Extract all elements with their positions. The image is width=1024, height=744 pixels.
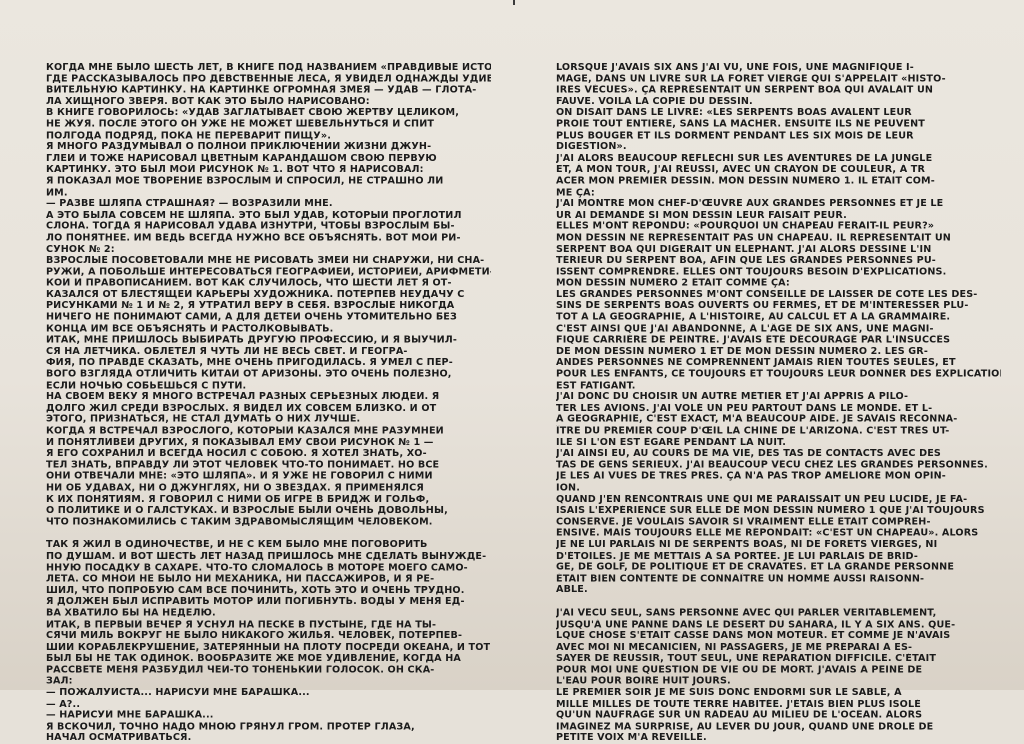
text-line: a géographie, c'est exact, m'a beaucoup …: [556, 414, 1001, 425]
text-line: ся на лётчика. Облетел я чуть ли не весь…: [46, 346, 491, 357]
text-line: был бы не так одинок. Вообразите же моё …: [46, 653, 491, 664]
text-line: d'étoiles. Je me mettais à sa portée. Je…: [556, 551, 1001, 562]
paragraph: Lorsque j'avais six ans j'ai vu, une foi…: [556, 62, 1001, 596]
paragraph: J'ai vécu seul, sans personne avec qui p…: [556, 608, 1001, 690]
text-line: acer mon premier dessin. Mon dessin numé…: [556, 176, 1001, 187]
text-line: C'est ainsi que j'ai abandonné, à l'âge …: [556, 323, 1001, 334]
text-line: вительную картинку. На картинке огромная…: [46, 85, 491, 96]
text-line: ла хищного зверя. Вот как это было нарис…: [46, 96, 491, 107]
text-line: Когда мне было шесть лет, в книге под на…: [46, 62, 491, 73]
text-line: digestion».: [556, 142, 1001, 153]
text-line: ший кораблекрушение, затерянный на плоту…: [46, 642, 491, 653]
text-line: ur ai demandé si mon dessin leur faisait…: [556, 210, 1001, 221]
text-line: jusqu'à une panne dans le désert du Saha…: [556, 619, 1001, 630]
text-line: ter les avions. J'ai volé un peu partout…: [556, 403, 1001, 414]
text-line: по душам. И вот шесть лет назад пришлось…: [46, 551, 491, 562]
text-line: ile si l'on est égaré pendant la nuit.: [556, 437, 1001, 448]
text-line: что познакомились с таким здравомыслящим…: [46, 516, 491, 527]
text-line: о политике и о галстуках. И взрослые был…: [46, 505, 491, 516]
paragraph: Так я жил в одиночестве, и не с кем было…: [46, 540, 491, 690]
text-line: ло понятнее. Им ведь всегда нужно всё об…: [46, 232, 491, 243]
text-line: тел знать, вправду ли этот человек что-т…: [46, 460, 491, 471]
text-line: Итак, мне пришлось выбирать другую профе…: [46, 335, 491, 346]
text-line: глей и тоже нарисовал цветным карандашом…: [46, 153, 491, 164]
text-line: et, à mon tour, j'ai réussi, avec un cra…: [556, 164, 1001, 175]
text-line: tôt à la géographie, à l'histoire, au ca…: [556, 312, 1001, 323]
text-line: pour moi une question de vie ou de mort.…: [556, 665, 1001, 676]
right-page: Lorsque j'avais six ans j'ai vu, une foi…: [556, 62, 1001, 690]
text-line: térieur du serpent boa, afin que les gra…: [556, 255, 1001, 266]
text-line: avec moi ni mécanicien, ni passagers, je…: [556, 642, 1001, 653]
text-line: Mon dessin numéro 2 était comme ça:: [556, 278, 1001, 289]
text-line: mage, dans un livre sur la Forêt Vierge …: [556, 73, 1001, 84]
text-line: Quand j'en rencontrais une qui me parais…: [556, 494, 1001, 505]
text-line: ensive. Mais toujours elle me répondait:…: [556, 528, 1001, 539]
text-line: Взрослые посоветовали мне не рисовать зм…: [46, 255, 491, 266]
text-line: я его сохранил и всегда носил с собою. Я…: [46, 448, 491, 459]
text-line: кой и правописанием. Вот как случилось, …: [46, 278, 491, 289]
text-line: рисунками № 1 и № 2, я утратил веру в се…: [46, 301, 491, 312]
text-line: je ne lui parlais ni de serpents boas, n…: [556, 539, 1001, 550]
text-line: Les grandes personnes m'ont conseillé de…: [556, 289, 1001, 300]
text-line: Mon dessin ne représentait pas un chapea…: [556, 232, 1001, 243]
text-line: сунок № 2:: [46, 244, 491, 255]
text-line: слона. Тогда я нарисовал удава изнутри, …: [46, 221, 491, 232]
text-line: able.: [556, 585, 1001, 596]
text-line: pour les enfants, ce toujours et toujour…: [556, 369, 1001, 380]
text-line: шил, что попробую сам всё починить, хоть…: [46, 585, 491, 596]
text-line: ничего не понимают сами, а для детей оче…: [46, 312, 491, 323]
text-line: где рассказывалось про девственные леса,…: [46, 73, 491, 84]
text-line: est fatigant.: [556, 380, 1001, 391]
text-line: l'eau pour boire huit jours.: [556, 676, 1001, 687]
text-line: долго жил среди взрослых. Я видел их сов…: [46, 403, 491, 414]
text-line: sins de serpents boas ouverts ou fermés,…: [556, 301, 1001, 312]
text-line: On disait dans le livre: «Les serpents b…: [556, 107, 1001, 118]
text-line: сячи миль вокруг не было никакого жилья.…: [46, 630, 491, 641]
text-line: лёта. Со мной не было ни механика, ни па…: [46, 574, 491, 585]
text-line: ружи, а побольше интересоваться географи…: [46, 267, 491, 278]
text-line: J'ai ainsi eu, au cours de ma vie, des t…: [556, 448, 1001, 459]
text-line: этого, признаться, не стал думать о них …: [46, 414, 491, 425]
text-line: картинку. Это был мой рисунок № 1. Вот ч…: [46, 164, 491, 175]
text-line: ion.: [556, 482, 1001, 493]
text-line: вого взгляда отличить Китай от Аризоны. …: [46, 369, 491, 380]
text-line: plus bouger et ils dorment pendant les s…: [556, 130, 1001, 141]
text-line: зал:: [46, 676, 491, 687]
text-line: фия, по правде сказать, мне очень пригод…: [46, 357, 491, 368]
text-line: Так я жил в одиночестве, и не с кем было…: [46, 540, 491, 551]
text-line: не жуя. После этого он уже не может шеве…: [46, 119, 491, 130]
text-line: ître du premier coup d'œil la Chine de l…: [556, 426, 1001, 437]
text-line: andes personnes ne comprennent jamais ri…: [556, 357, 1001, 368]
text-line: ни об удавах, ни о джунглях, ни о звёзда…: [46, 482, 491, 493]
text-line: нную посадку в Сахаре. Что-то сломалось …: [46, 562, 491, 573]
text-line: serpent boa qui digérait un éléphant. J'…: [556, 244, 1001, 255]
text-line: им.: [46, 187, 491, 198]
text-line: était bien contente de connaître un homm…: [556, 573, 1001, 584]
text-line: если ночью собьёшься с пути.: [46, 380, 491, 391]
text-line: Elles m'ont répondu: «Pourquoi un chapea…: [556, 221, 1001, 232]
text-line: conservé. Je voulais savoir si vraiment …: [556, 516, 1001, 527]
text-line: J'ai vécu seul, sans personne avec qui p…: [556, 608, 1001, 619]
text-line: fauve. Voilà la copie du dessin.: [556, 96, 1001, 107]
text-line: de mon dessin numéro 1 et de mon dessin …: [556, 346, 1001, 357]
text-line: lque chose s'était cassé dans mon moteur…: [556, 630, 1001, 641]
text-line: ge, de golf, de politique et de cravates…: [556, 562, 1001, 573]
text-line: me ça:: [556, 187, 1001, 198]
text-line: полгода подряд, пока не переварит пищу».: [46, 130, 491, 141]
text-line: конца им всё объяснять и растолковывать.: [46, 323, 491, 334]
text-line: В книге говорилось: «Удав заглатывает св…: [46, 107, 491, 118]
text-line: казался от блестящей карьеры художника. …: [46, 289, 491, 300]
text-line: fique carrière de peintre. J'avais été d…: [556, 335, 1001, 346]
text-line: tas de gens sérieux. J'ai beaucoup vécu …: [556, 460, 1001, 471]
text-line: — Разве шляпа страшная? — возразили мне.: [46, 198, 491, 209]
text-line: Когда я встречал взрослого, который каза…: [46, 426, 491, 437]
text-line: А это была совсем не шляпа. Это был удав…: [46, 210, 491, 221]
text-line: J'ai donc dû choisir un autre métier et …: [556, 391, 1001, 402]
text-line: Я показал моё творение взрослым и спроси…: [46, 176, 491, 187]
text-line: они отвечали мне: «Это шляпа». И я уже н…: [46, 471, 491, 482]
text-line: J'ai alors beaucoup réfléchi sur les ave…: [556, 153, 1001, 164]
text-line: issent comprendre. Elles ont toujours be…: [556, 267, 1001, 278]
text-line: ва хватило бы на неделю.: [46, 608, 491, 619]
text-line: Итак, в первый вечер я уснул на песке в …: [46, 619, 491, 630]
book-spread: Когда мне было шесть лет, в книге под на…: [0, 0, 1024, 690]
text-line: Lorsque j'avais six ans j'ai vu, une foi…: [556, 62, 1001, 73]
text-line: Je les ai vues de très près. Ça n'a pas …: [556, 471, 1001, 482]
text-line: рассвете меня разбудил чей-то тоненький …: [46, 665, 491, 676]
text-line: и понятливей других, я показывал ему сво…: [46, 437, 491, 448]
left-page: Когда мне было шесть лет, в книге под на…: [46, 62, 491, 690]
text-line: isais l'expérience sur elle de mon dessi…: [556, 505, 1001, 516]
text-line: proie tout entière, sans la mâcher. Ensu…: [556, 119, 1001, 130]
text-line: sayer de réussir, tout seul, une réparat…: [556, 653, 1001, 664]
paragraph: Когда мне было шесть лет, в книге под на…: [46, 62, 491, 528]
text-line: Я должен был исправить мотор или погибну…: [46, 596, 491, 607]
gutter-mark: [513, 0, 515, 5]
text-line: На своём веку я много встречал разных се…: [46, 391, 491, 402]
text-line: Я много раздумывал о полной приключений …: [46, 142, 491, 153]
text-line: ires Vécues». Ça représentait un serpent…: [556, 85, 1001, 96]
text-line: к их понятиям. Я говорил с ними об игре …: [46, 494, 491, 505]
text-line: J'ai montré mon chef-d'œuvre aux grandes…: [556, 198, 1001, 209]
